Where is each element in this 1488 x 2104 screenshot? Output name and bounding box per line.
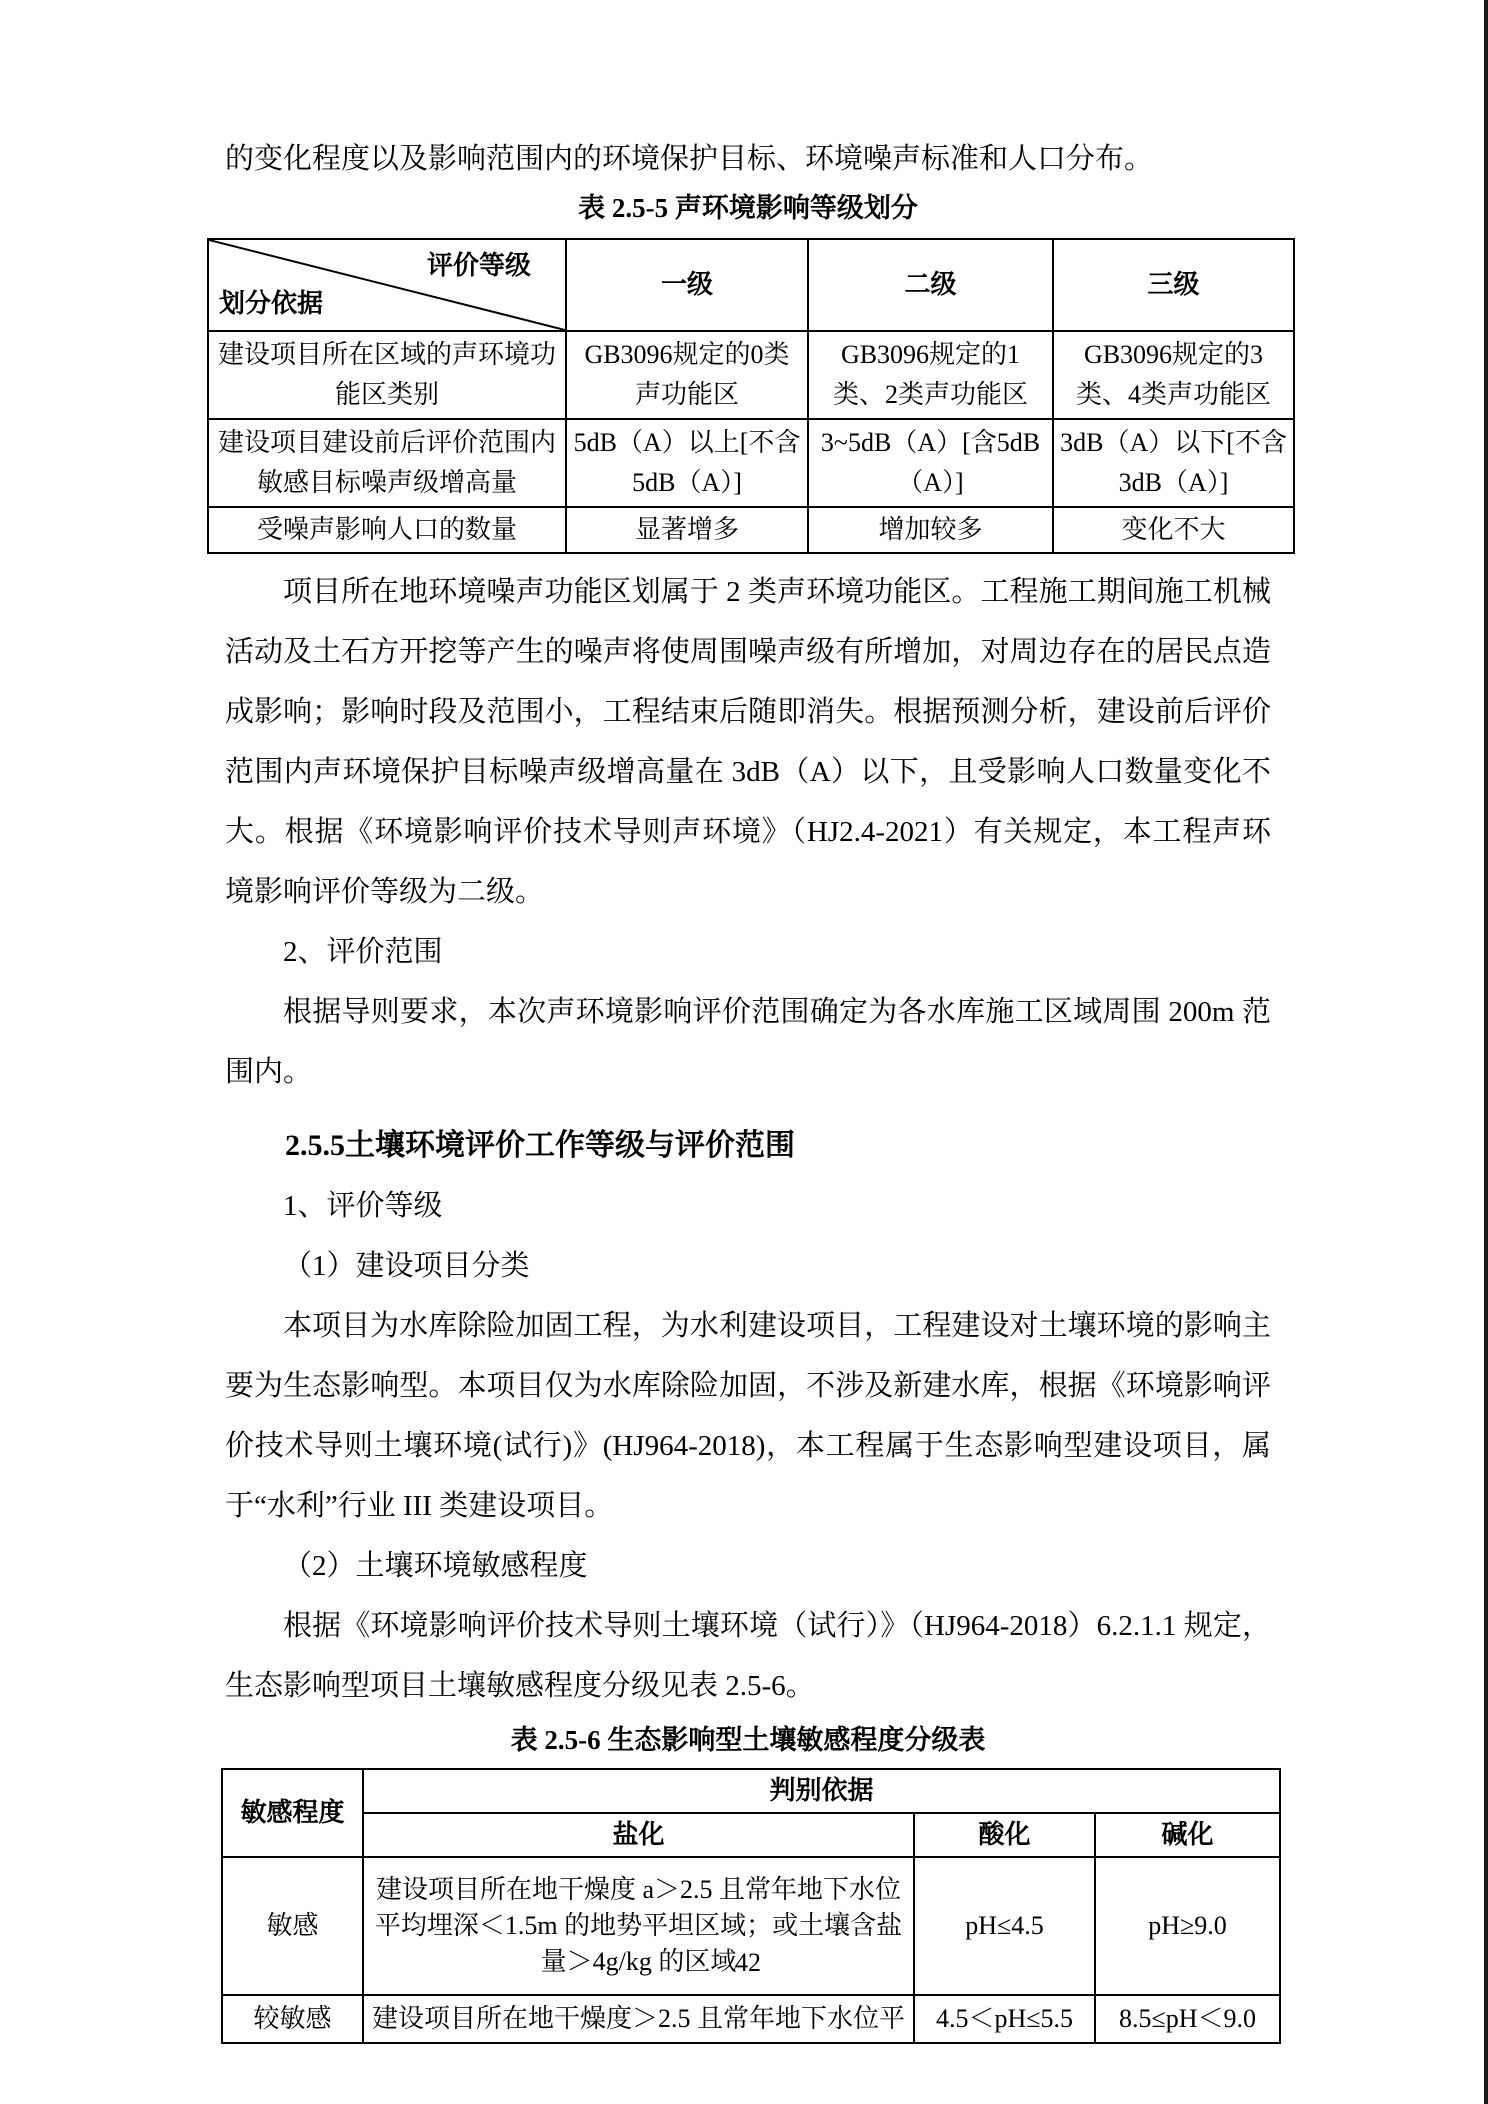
corner-label-bottom: 划分依据 [219,284,323,324]
page-content: 的变化程度以及影响范围内的环境保护目标、环境噪声标准和人口分布。 表 2.5-5… [225,136,1271,2044]
paragraph-eval-scope: 根据导则要求，本次声环境影响评价范围确定为各水库施工区域周围 200m 范围内。 [225,982,1271,1102]
subheading-eval-grade: 1、评价等级 [225,1176,1271,1236]
cell: 3dB（A）以下[不含3dB（A）] [1053,419,1294,507]
paragraph-soil-sensitivity: 根据《环境影响评价技术导则土壤环境（试行）》（HJ964-2018）6.2.1.… [225,1596,1271,1716]
table2-header-sensitivity: 敏感程度 [222,1769,363,1857]
cell: 3~5dB（A）[含5dB（A）] [808,419,1053,507]
row-label: 建设项目所在区域的声环境功能区类别 [208,331,566,419]
subheading-project-class: （1）建设项目分类 [225,1236,1271,1296]
table1-corner-cell: 评价等级 划分依据 [208,239,566,331]
cell: 增加较多 [808,507,1053,553]
section-heading-2-5-5: 2.5.5土壤环境评价工作等级与评价范围 [225,1116,1271,1176]
table2-subheader-row: 盐化 酸化 碱化 [222,1813,1280,1857]
page-edge-artifact [1484,0,1488,2104]
subheading-soil-sensitivity: （2）土壤环境敏感程度 [225,1536,1271,1596]
table2-subheader-acidification: 酸化 [914,1813,1095,1857]
page-number: 42 [225,1948,1271,1978]
cell: GB3096规定的1类、2类声功能区 [808,331,1053,419]
table-row: 建设项目所在区域的声环境功能区类别 GB3096规定的0类声功能区 GB3096… [208,331,1294,419]
noise-impact-level-table: 评价等级 划分依据 一级 二级 三级 建设项目所在区域的声环境功能区类别 GB3… [207,238,1295,554]
cell: GB3096规定的3类、4类声功能区 [1053,331,1294,419]
soil-sensitivity-table: 敏感程度 判别依据 盐化 酸化 碱化 敏感 建设项目所在地干燥度 a＞2.5 且… [221,1768,1281,2044]
corner-label-top: 评价等级 [427,246,531,286]
table2-header-criteria: 判别依据 [363,1769,1280,1813]
table2-header-row: 敏感程度 判别依据 [222,1769,1280,1813]
table2-caption: 表 2.5-6 生态影响型土壤敏感程度分级表 [225,1720,1271,1760]
table-row: 较敏感 建设项目所在地干燥度＞2.5 且常年地下水位平 4.5＜pH≤5.5 8… [222,1995,1280,2043]
subheading-eval-scope: 2、评价范围 [225,922,1271,982]
cell: 8.5≤pH＜9.0 [1095,1995,1280,2043]
cell: 显著增多 [566,507,808,553]
table-row: 受噪声影响人口的数量 显著增多 增加较多 变化不大 [208,507,1294,553]
cell: 5dB（A）以上[不含5dB（A）] [566,419,808,507]
table1-col-header-3: 三级 [1053,239,1294,331]
row-label: 受噪声影响人口的数量 [208,507,566,553]
table1-caption: 表 2.5-5 声环境影响等级划分 [225,188,1271,228]
table2-subheader-alkalization: 碱化 [1095,1813,1280,1857]
table1-header-row: 评价等级 划分依据 一级 二级 三级 [208,239,1294,331]
cell: 建设项目所在地干燥度＞2.5 且常年地下水位平 [363,1995,914,2043]
cell: 变化不大 [1053,507,1294,553]
document-page: 的变化程度以及影响范围内的环境保护目标、环境噪声标准和人口分布。 表 2.5-5… [0,0,1488,2104]
cell: GB3096规定的0类声功能区 [566,331,808,419]
paragraph-project-class: 本项目为水库除险加固工程，为水利建设项目，工程建设对土壤环境的影响主要为生态影响… [225,1296,1271,1536]
row-label: 建设项目建设前后评价范围内敏感目标噪声级增高量 [208,419,566,507]
table2-subheader-salinization: 盐化 [363,1813,914,1857]
table-row: 建设项目建设前后评价范围内敏感目标噪声级增高量 5dB（A）以上[不含5dB（A… [208,419,1294,507]
cell: 4.5＜pH≤5.5 [914,1995,1095,2043]
paragraph-noise-conclusion: 项目所在地环境噪声功能区划属于 2 类声环境功能区。工程施工期间施工机械活动及土… [225,562,1271,922]
table1-col-header-2: 二级 [808,239,1053,331]
lead-paragraph-line: 的变化程度以及影响范围内的环境保护目标、环境噪声标准和人口分布。 [225,136,1271,182]
row-label: 较敏感 [222,1995,363,2043]
table1-col-header-1: 一级 [566,239,808,331]
